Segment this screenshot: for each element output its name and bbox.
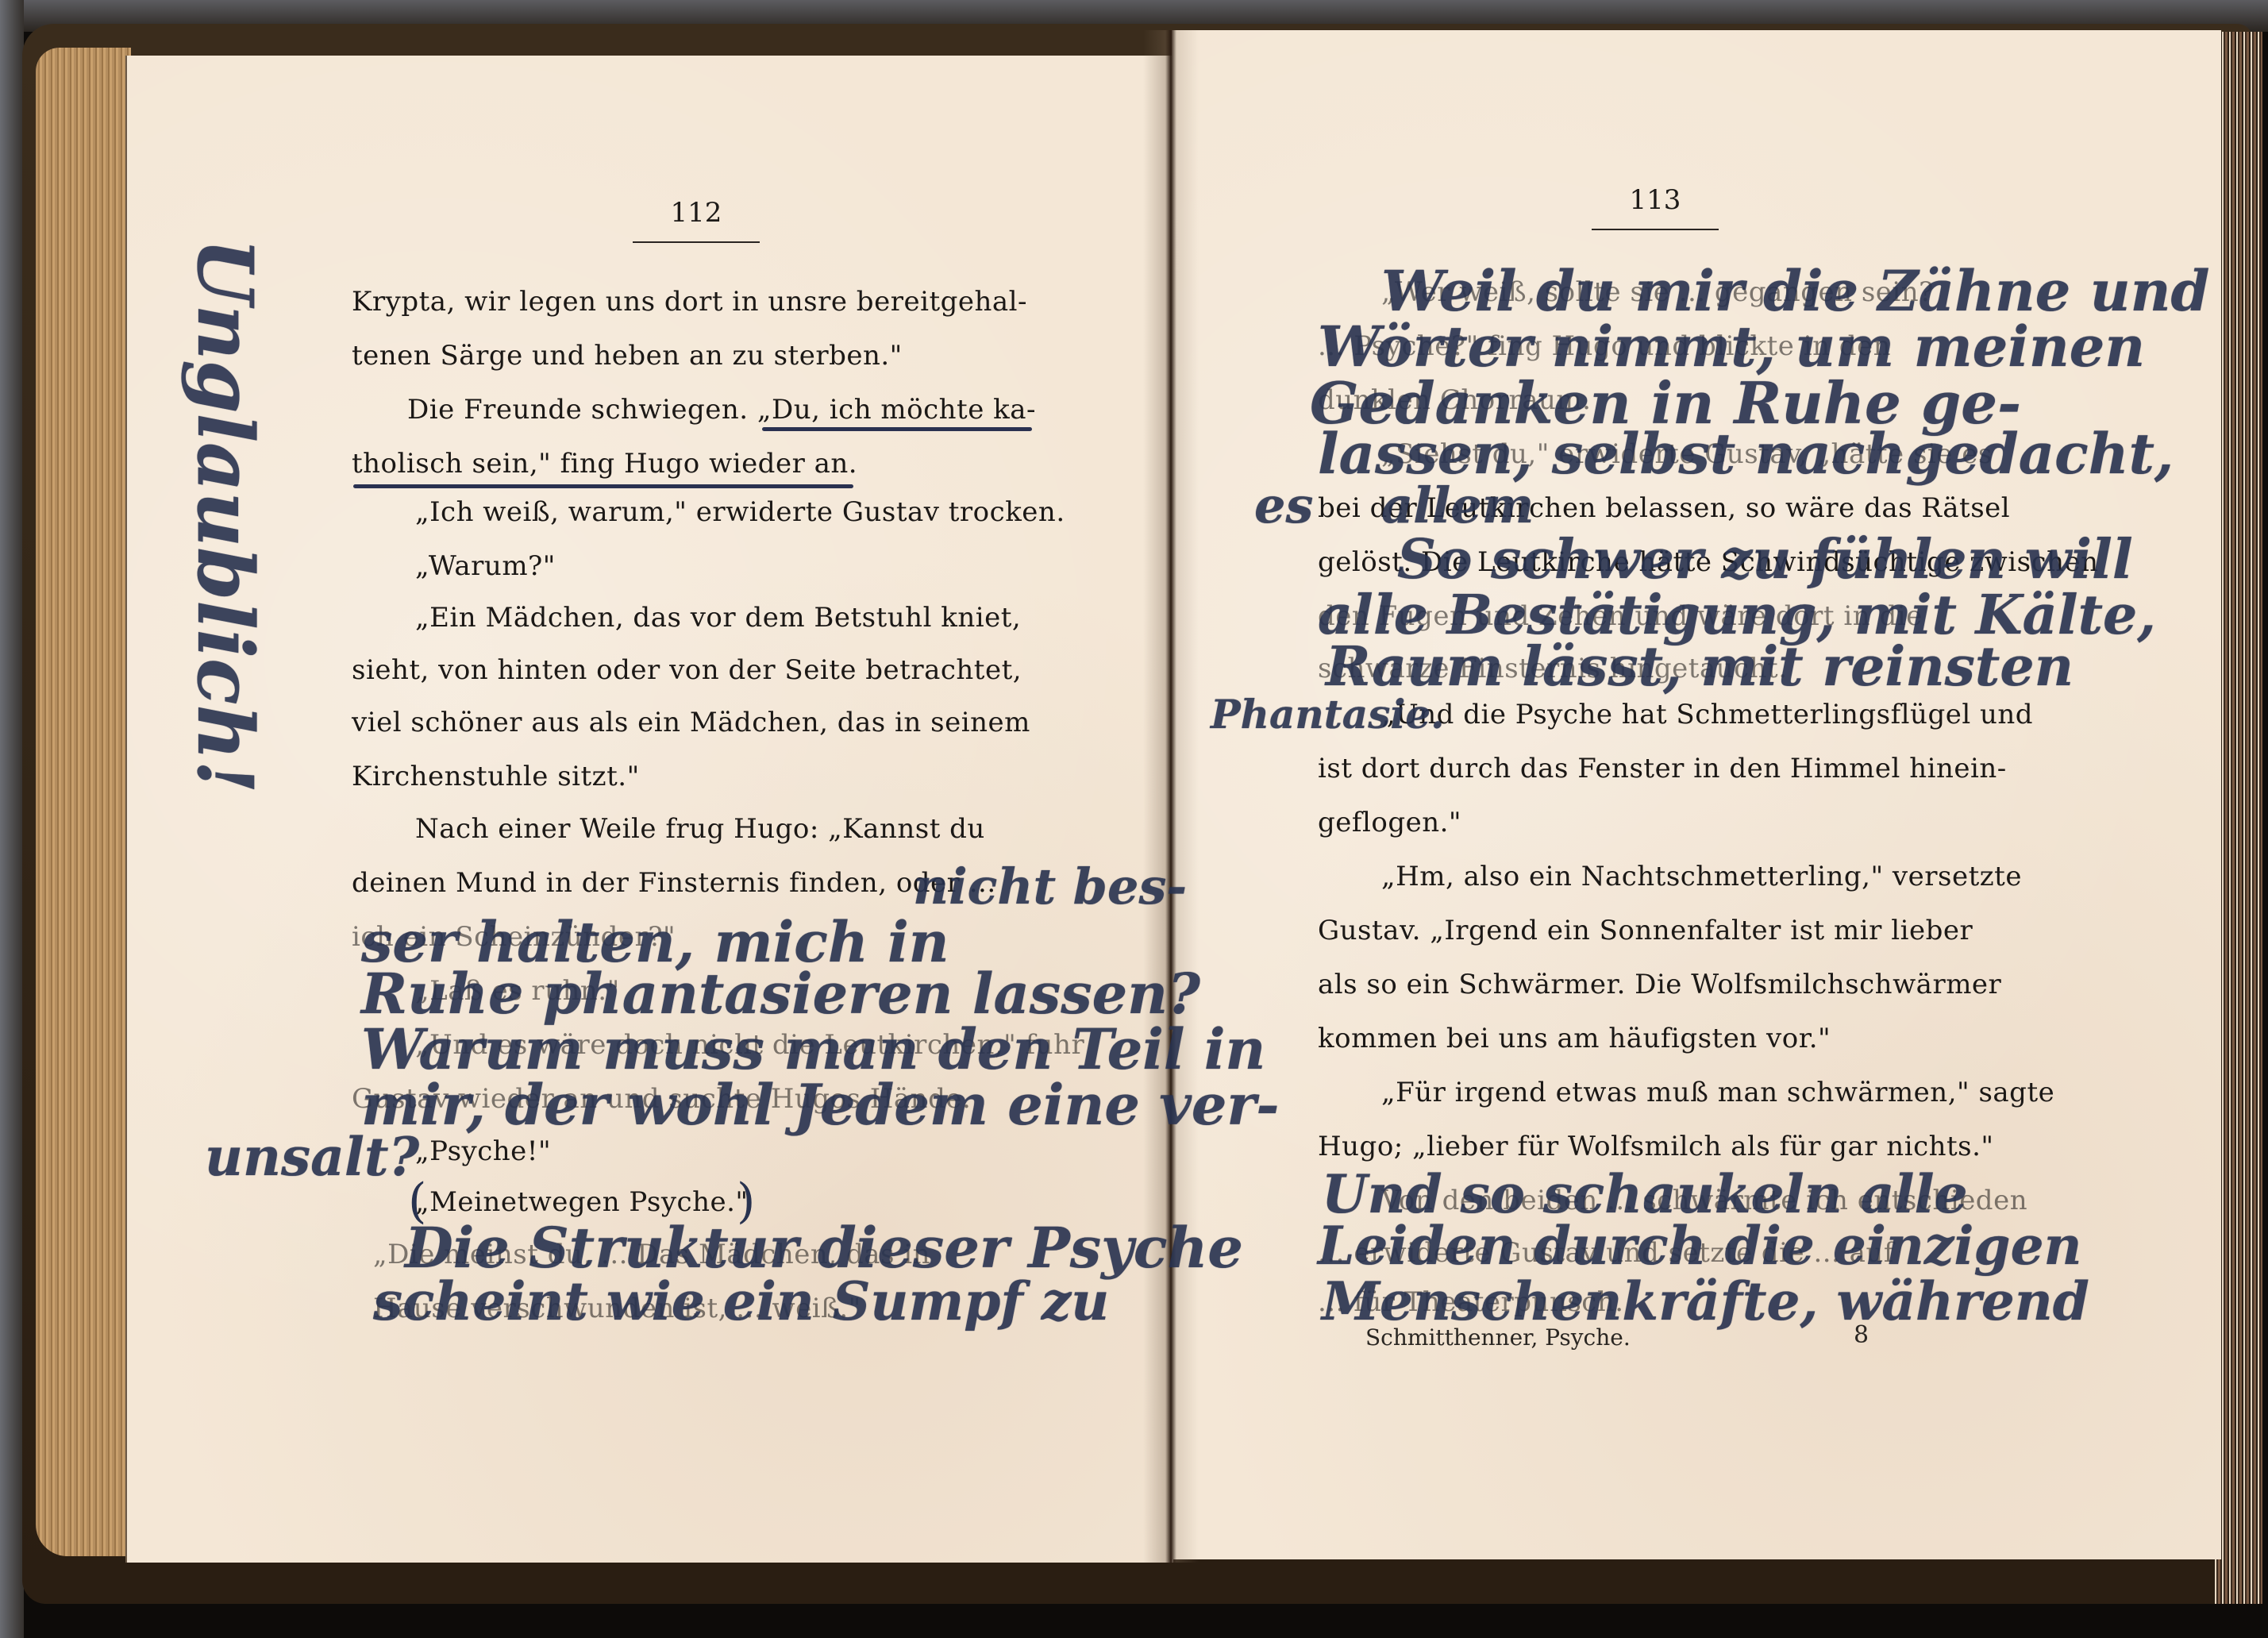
text-line: Gustav. „Irgend ein Sonnenfalter ist mir… — [1318, 915, 1973, 946]
text-line: „Psyche!" — [415, 1135, 551, 1167]
right-page-number: 113 — [1592, 184, 1719, 230]
text-line: als so ein Schwärmer. Die Wolfsmilchschw… — [1318, 969, 2001, 1000]
text-line: ist dort durch das Fenster in den Himmel… — [1318, 753, 2007, 784]
text-line: „Meinetwegen Psyche." — [415, 1186, 749, 1218]
scan-background-left — [0, 0, 24, 1638]
left-page — [125, 56, 1173, 1563]
text-line: Kirchenstuhle sitzt." — [352, 761, 640, 792]
margin-note-es: es — [1254, 476, 1313, 534]
handwritten-note: Menschenkräfte, während — [1322, 1270, 2089, 1332]
text-line: „Ein Mädchen, das vor dem Betstuhl kniet… — [415, 602, 1021, 634]
handwritten-note: mir, der wohl Jedem eine ver- — [361, 1072, 1279, 1138]
text-line: kommen bei uns am häufigsten vor." — [1318, 1023, 1831, 1054]
handwritten-note: allem — [1381, 476, 1534, 534]
text-line: geflogen." — [1318, 807, 1461, 838]
text-line: viel schöner aus als ein Mädchen, das in… — [352, 707, 1030, 738]
text-line: deinen Mund in der Finsternis finden, od… — [352, 867, 996, 899]
text-line: tenen Särge und heben an zu sterben." — [352, 340, 903, 372]
page-edges-left — [36, 48, 131, 1556]
left-page-number: 112 — [633, 197, 760, 243]
footer-author-title: Schmitthenner, Psyche. — [1365, 1324, 1631, 1351]
handwritten-note: scheint wie ein Sumpf zu — [373, 1270, 1109, 1332]
text-line: Die Freunde schwiegen. „Du, ich möchte k… — [407, 394, 1036, 426]
text-line: sieht, von hinten oder von der Seite bet… — [352, 654, 1022, 686]
text-line: „Hm, also ein Nachtschmetterling," verse… — [1381, 861, 2022, 892]
margin-note-phantasie: Phantasie. — [1211, 691, 1445, 738]
pen-underline — [353, 484, 853, 488]
handwritten-note: So schwer zu fühlen will — [1397, 528, 2133, 592]
text-line: „Für irgend etwas muß man schwärmen," sa… — [1381, 1077, 2054, 1108]
signature-mark: 8 — [1854, 1321, 1869, 1349]
page-edges-right — [2215, 32, 2262, 1604]
text-line: „Warum?" — [415, 550, 556, 582]
text-line: Nach einer Weile frug Hugo: „Kannst du — [415, 813, 985, 845]
margin-note-vertical: Unglaublich! — [180, 238, 270, 794]
text-line: tholisch sein," fing Hugo wieder an. — [352, 448, 857, 480]
handwritten-note: Leiden durch die einzigen — [1318, 1215, 2082, 1277]
handwritten-note: Raum lässt, mit reinsten — [1326, 635, 2074, 699]
book-spine-gutter — [1143, 30, 1199, 1563]
text-line: „Und die Psyche hat Schmetterlingsflügel… — [1381, 699, 2033, 730]
pen-underline — [762, 427, 1032, 431]
handwritten-note: unsalt? — [205, 1126, 419, 1188]
text-line: Hugo; „lieber für Wolfsmilch als für gar… — [1318, 1131, 1994, 1162]
handwritten-note: nicht bes- — [913, 858, 1187, 915]
text-line: Krypta, wir legen uns dort in unsre bere… — [352, 286, 1027, 318]
text-line: „Ich weiß, warum," erwiderte Gustav troc… — [415, 496, 1065, 528]
